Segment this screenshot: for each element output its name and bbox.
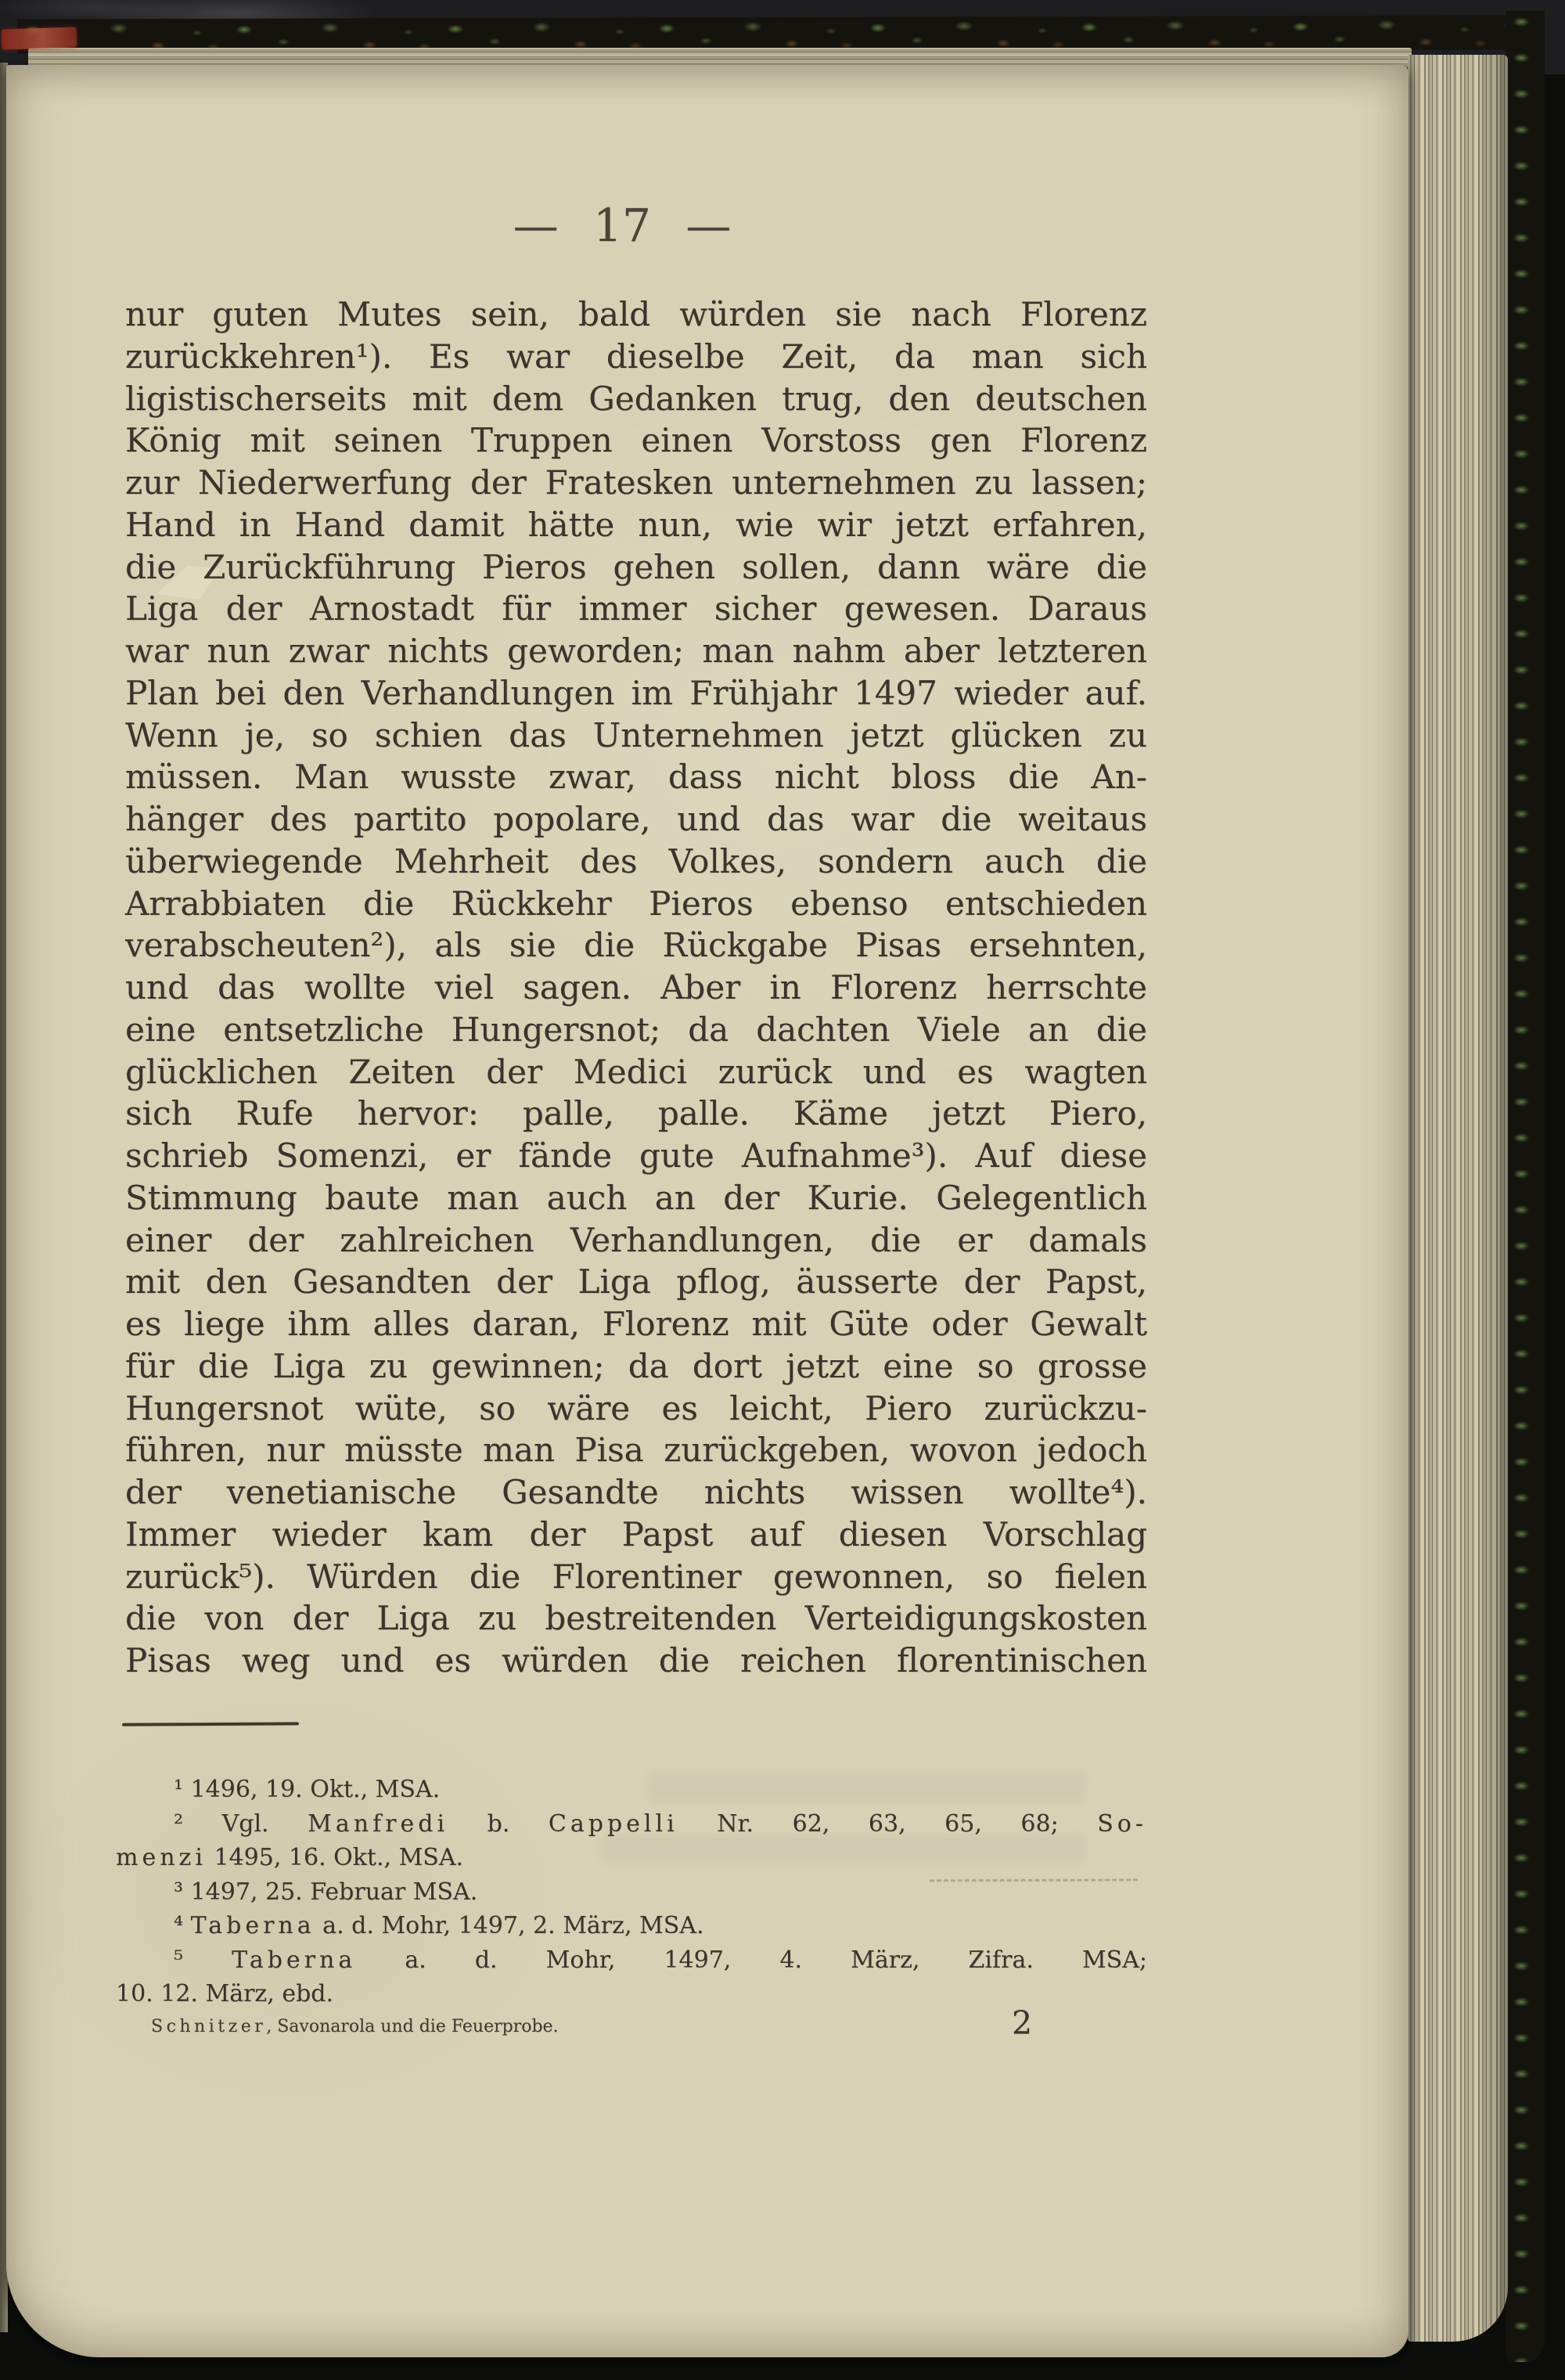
footnote-text: menzi	[116, 1844, 207, 1871]
footnote-text: 1495, 16. Okt., MSA.	[207, 1844, 463, 1871]
body-line: müssen. Man wusste zwar, dass nicht blos…	[125, 756, 1147, 798]
footnote-text: ³ 1497, 25. Februar MSA.	[174, 1878, 477, 1906]
footnote-line: ⁵ Taberna a. d. Mohr, 1497, 4. März, Zif…	[116, 1943, 1147, 1978]
footnote-line: ⁴ Taberna a. d. Mohr, 1497, 2. März, MSA…	[116, 1909, 1147, 1943]
body-line: war nun zwar nichts geworden; man nahm a…	[125, 630, 1147, 672]
body-line: Pisas weg und es würden die reichen flor…	[125, 1640, 1147, 1682]
footnote-text: ² Vgl.	[174, 1810, 308, 1838]
body-line: ligistischerseits mit dem Gedanken trug,…	[125, 378, 1147, 420]
footnote-text: a. d. Mohr, 1497, 2. März, MSA.	[315, 1912, 704, 1939]
body-line: Immer wieder kam der Papst auf diesen Vo…	[125, 1514, 1147, 1556]
body-line: überwiegende Mehrheit des Volkes, sonder…	[125, 841, 1147, 883]
body-line: für die Liga zu gewinnen; da dort jetzt …	[125, 1345, 1147, 1388]
footnote-line: menzi 1495, 16. Okt., MSA.	[116, 1841, 1147, 1875]
footnote-text: Taberna	[232, 1946, 356, 1974]
page-number: — 17 —	[111, 198, 1133, 253]
body-line: hänger des partito popolare, und das war…	[125, 798, 1147, 841]
body-line: Hand in Hand damit hätte nun, wie wir je…	[125, 504, 1147, 546]
footnote-text: Nr. 62, 63, 65, 68;	[678, 1810, 1098, 1838]
body-line: und das wollte viel sagen. Aber in Flore…	[125, 967, 1147, 1009]
body-line: mit den Gesandten der Liga pflog, äusser…	[125, 1261, 1147, 1303]
body-line: zur Niederwerfung der Fratesken unterneh…	[125, 462, 1147, 504]
body-line: sich Rufe hervor: palle, palle. Käme jet…	[125, 1093, 1147, 1135]
footnote-text: ⁵	[174, 1946, 232, 1974]
footnotes: ¹ 1496, 19. Okt., MSA.² Vgl. Manfredi b.…	[116, 1773, 1147, 2011]
footnote-text: ⁴	[174, 1912, 191, 1939]
body-line: führen, nur müsste man Pisa zurückgeben,…	[125, 1429, 1147, 1471]
footnote-text: b.	[448, 1810, 549, 1838]
body-line: Liga der Arnostadt für immer sicher gewe…	[125, 588, 1147, 630]
red-label-fragment	[2, 27, 77, 49]
footnote-separator	[122, 1722, 299, 1726]
body-line: die von der Liga zu bestreitenden Vertei…	[125, 1597, 1147, 1640]
body-line: König mit seinen Truppen einen Vorstoss …	[125, 419, 1147, 462]
footnote-text: 10. 12. März, ebd.	[116, 1980, 333, 2007]
body-line: eine entsetzliche Hungersnot; da dachten…	[125, 1009, 1147, 1051]
body-line: Arrabbiaten die Rückkehr Pieros ebenso e…	[125, 883, 1147, 925]
footer-title: Schnitzer, Savonarola und die Feuerprobe…	[116, 2017, 559, 2036]
body-line: die Zurückführung Pieros gehen sollen, d…	[125, 546, 1147, 589]
body-line: zurückkehren¹). Es war dieselbe Zeit, da…	[125, 336, 1147, 378]
book-photo: — 17 — nur guten Mutes sein, bald würden…	[0, 0, 1565, 2380]
body-line: schrieb Somenzi, er fände gute Aufnahme³…	[125, 1135, 1147, 1177]
body-line: einer der zahlreichen Verhandlungen, die…	[125, 1219, 1147, 1262]
book-page: — 17 — nur guten Mutes sein, bald würden…	[6, 65, 1408, 2357]
footnote-text: Cappelli	[549, 1810, 678, 1838]
page-stack-right-edge	[1408, 55, 1508, 2342]
footnote-text: So-	[1097, 1810, 1147, 1838]
book-cover-right-edge	[1506, 11, 1545, 2362]
body-line: verabscheuten²), als sie die Rückgabe Pi…	[125, 924, 1147, 967]
body-line: zurück⁵). Würden die Florentiner gewonne…	[125, 1556, 1147, 1598]
body-line: glücklichen Zeiten der Medici zurück und…	[125, 1051, 1147, 1093]
footnote-line: ³ 1497, 25. Februar MSA.	[116, 1875, 1147, 1910]
footnote-text: Manfredi	[308, 1810, 448, 1838]
footnote-line: ² Vgl. Manfredi b. Cappelli Nr. 62, 63, …	[116, 1807, 1147, 1842]
body-line: Plan bei den Verhandlungen im Frühjahr 1…	[125, 672, 1147, 715]
footer-text: , Savonarola und die Feuerprobe.	[266, 2017, 558, 2036]
body-line: der venetianische Gesandte nichts wissen…	[125, 1471, 1147, 1514]
footnote-text: ¹ 1496, 19. Okt., MSA.	[174, 1776, 440, 1803]
body-line: Wenn je, so schien das Unternehmen jetzt…	[125, 715, 1147, 757]
body-line: Stimmung baute man auch an der Kurie. Ge…	[125, 1177, 1147, 1219]
running-footer: Schnitzer, Savonarola und die Feuerprobe…	[116, 2015, 1147, 2039]
footnote-line: ¹ 1496, 19. Okt., MSA.	[116, 1773, 1147, 1807]
body-line: Hungersnot wüte, so wäre es leicht, Pier…	[125, 1388, 1147, 1430]
footnote-text: a. d. Mohr, 1497, 4. März, Zifra. MSA;	[356, 1946, 1147, 1974]
body-line: nur guten Mutes sein, bald würden sie na…	[125, 293, 1147, 336]
footnote-text: Taberna	[191, 1912, 315, 1939]
body-text: nur guten Mutes sein, bald würden sie na…	[125, 293, 1147, 1682]
footer-text: Schnitzer	[151, 2017, 266, 2036]
footnote-line: 10. 12. März, ebd.	[116, 1977, 1147, 2011]
body-line: es liege ihm alles daran, Florenz mit Gü…	[125, 1303, 1147, 1345]
signature-number: 2	[1012, 2004, 1032, 2042]
